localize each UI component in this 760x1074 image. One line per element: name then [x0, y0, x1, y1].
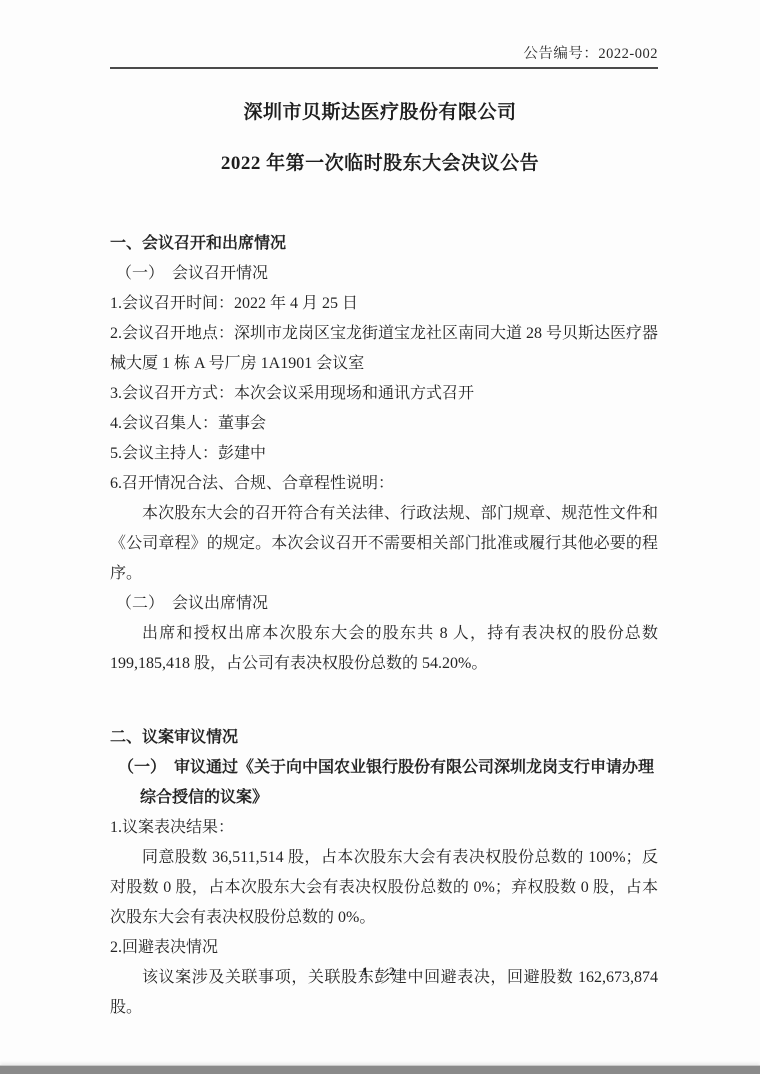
announcement-number: 公告编号：2022-002 [523, 46, 658, 62]
paragraph: 6.召开情况合法、合规、合章程性说明： [110, 469, 658, 499]
paragraph: 3.会议召开方式：本次会议采用现场和通讯方式召开 [110, 379, 658, 409]
document-page: 公告编号：2022-002 深圳市贝斯达医疗股份有限公司 2022 年第一次临时… [0, 0, 760, 1074]
paragraph: （一） 审议通过《关于向中国农业银行股份有限公司深圳龙岗支行申请办理综合授信的议… [110, 753, 658, 813]
paragraph: 一、会议召开和出席情况 [110, 229, 658, 259]
paragraph: 二、议案审议情况 [110, 723, 658, 753]
page-header: 公告编号：2022-002 [110, 0, 658, 63]
scan-edge-stripe [0, 1065, 760, 1074]
document-body: 一、会议召开和出席情况（一） 会议召开情况1.会议召开时间：2022 年 4 月… [110, 229, 658, 1023]
paragraph: 1.议案表决结果： [110, 813, 658, 843]
page-number: 1 / 2 [362, 966, 397, 978]
company-title: 深圳市贝斯达医疗股份有限公司 [0, 97, 760, 124]
paragraph: 2.会议召开地点：深圳市龙岗区宝龙街道宝龙社区南同大道 28 号贝斯达医疗器械大… [110, 319, 658, 379]
page-footer: 1 / 2 [0, 966, 760, 978]
paragraph: 5.会议主持人：彭建中 [110, 439, 658, 469]
paragraph: 本次股东大会的召开符合有关法律、行政法规、部门规章、规范性文件和《公司章程》的规… [110, 499, 658, 589]
paragraph: 1.会议召开时间：2022 年 4 月 25 日 [110, 289, 658, 319]
paragraph: 4.会议召集人：董事会 [110, 409, 658, 439]
announcement-title: 2022 年第一次临时股东大会决议公告 [0, 148, 760, 175]
paragraph: 同意股数 36,511,514 股，占本次股东大会有表决权股份总数的 100%；… [110, 843, 658, 933]
paragraph: （二） 会议出席情况 [110, 589, 658, 619]
paragraph: 2.回避表决情况 [110, 933, 658, 963]
header-rule [110, 67, 658, 69]
paragraph: 出席和授权出席本次股东大会的股东共 8 人，持有表决权的股份总数 199,185… [110, 619, 658, 679]
paragraph: （一） 会议召开情况 [110, 259, 658, 289]
